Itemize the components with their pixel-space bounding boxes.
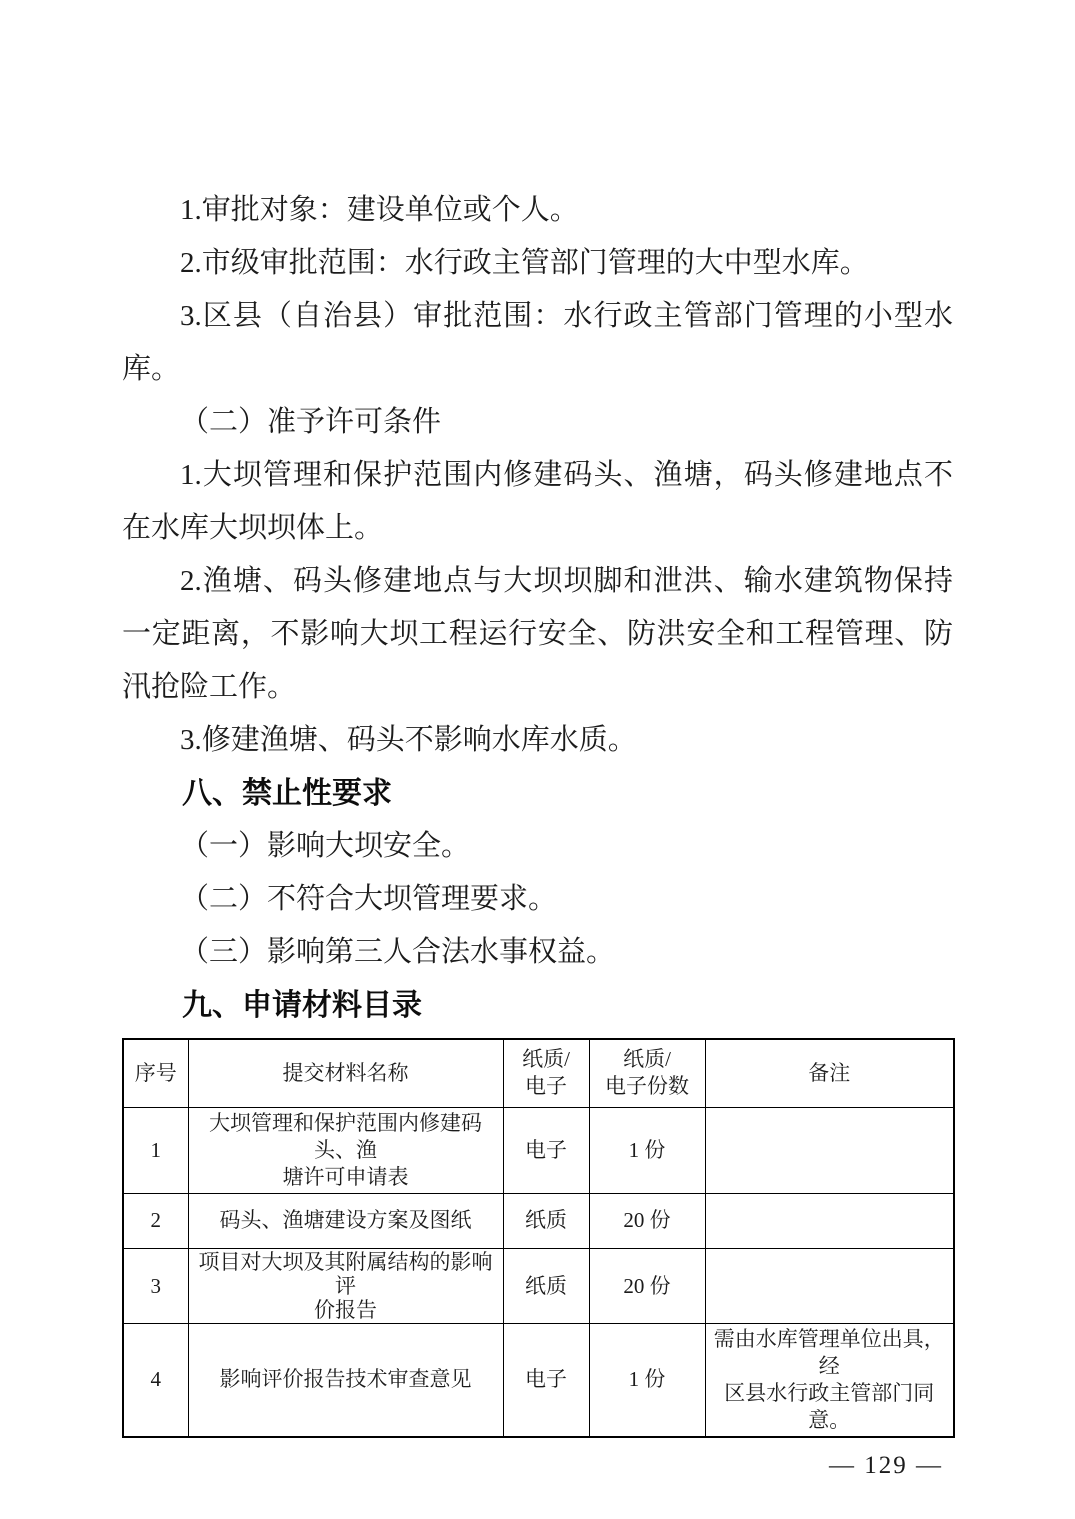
table-header-medium: 纸质/ 电子 <box>503 1039 589 1107</box>
cell-remark <box>705 1248 954 1323</box>
paragraph-city-scope: 2.市级审批范围：水行政主管部门管理的大中型水库。 <box>122 237 953 290</box>
application-materials-table: 序号 提交材料名称 纸质/ 电子 纸质/ 电子份数 备注 1 大坝管理和保护范围… <box>122 1038 955 1438</box>
page-number: — 129 — <box>122 1452 953 1480</box>
paragraph-county-scope: 3.区县（自治县）审批范围：水行政主管部门管理的小型水库。 <box>122 290 953 396</box>
cell-remark <box>705 1193 954 1248</box>
paragraph-permit-conditions: （二）准予许可条件 <box>122 396 953 449</box>
cell-name: 码头、渔塘建设方案及图纸 <box>188 1193 503 1248</box>
cell-name: 大坝管理和保护范围内修建码头、渔 塘许可申请表 <box>188 1107 503 1193</box>
table-header-index: 序号 <box>123 1039 188 1107</box>
heading-section-8-prohibitions: 八、禁止性要求 <box>122 767 953 820</box>
table-row: 2 码头、渔塘建设方案及图纸 纸质 20 份 <box>123 1193 954 1248</box>
cell-medium: 电子 <box>503 1107 589 1193</box>
cell-index: 4 <box>123 1323 188 1437</box>
paragraph-prohibition-3: （三）影响第三人合法水事权益。 <box>122 926 953 979</box>
heading-section-9-materials: 九、申请材料目录 <box>122 979 953 1032</box>
cell-copies: 20 份 <box>589 1193 705 1248</box>
paragraph-condition-3: 3.修建渔塘、码头不影响水库水质。 <box>122 714 953 767</box>
table-header-copies: 纸质/ 电子份数 <box>589 1039 705 1107</box>
cell-medium: 纸质 <box>503 1248 589 1323</box>
cell-medium: 纸质 <box>503 1193 589 1248</box>
cell-index: 2 <box>123 1193 188 1248</box>
paragraph-prohibition-2: （二）不符合大坝管理要求。 <box>122 873 953 926</box>
table-row: 3 项目对大坝及其附属结构的影响评 价报告 纸质 20 份 <box>123 1248 954 1323</box>
table-row: 4 影响评价报告技术审查意见 电子 1 份 需由水库管理单位出具，经 区县水行政… <box>123 1323 954 1437</box>
table-header-material-name: 提交材料名称 <box>188 1039 503 1107</box>
table-header-row: 序号 提交材料名称 纸质/ 电子 纸质/ 电子份数 备注 <box>123 1039 954 1107</box>
document-content: 1.审批对象：建设单位或个人。 2.市级审批范围：水行政主管部门管理的大中型水库… <box>122 184 953 1480</box>
cell-copies: 1 份 <box>589 1323 705 1437</box>
paragraph-prohibition-1: （一）影响大坝安全。 <box>122 820 953 873</box>
cell-medium: 电子 <box>503 1323 589 1437</box>
cell-remark: 需由水库管理单位出具，经 区县水行政主管部门同意。 <box>705 1323 954 1437</box>
cell-name: 项目对大坝及其附属结构的影响评 价报告 <box>188 1248 503 1323</box>
document-page: 1.审批对象：建设单位或个人。 2.市级审批范围：水行政主管部门管理的大中型水库… <box>0 0 1075 1519</box>
cell-copies: 20 份 <box>589 1248 705 1323</box>
table-row: 1 大坝管理和保护范围内修建码头、渔 塘许可申请表 电子 1 份 <box>123 1107 954 1193</box>
cell-name: 影响评价报告技术审查意见 <box>188 1323 503 1437</box>
cell-copies: 1 份 <box>589 1107 705 1193</box>
table-header-remark: 备注 <box>705 1039 954 1107</box>
paragraph-approval-target: 1.审批对象：建设单位或个人。 <box>122 184 953 237</box>
paragraph-condition-1: 1.大坝管理和保护范围内修建码头、渔塘，码头修建地点不在水库大坝坝体上。 <box>122 449 953 555</box>
cell-remark <box>705 1107 954 1193</box>
cell-index: 3 <box>123 1248 188 1323</box>
paragraph-condition-2: 2.渔塘、码头修建地点与大坝坝脚和泄洪、输水建筑物保持一定距离，不影响大坝工程运… <box>122 555 953 714</box>
cell-index: 1 <box>123 1107 188 1193</box>
